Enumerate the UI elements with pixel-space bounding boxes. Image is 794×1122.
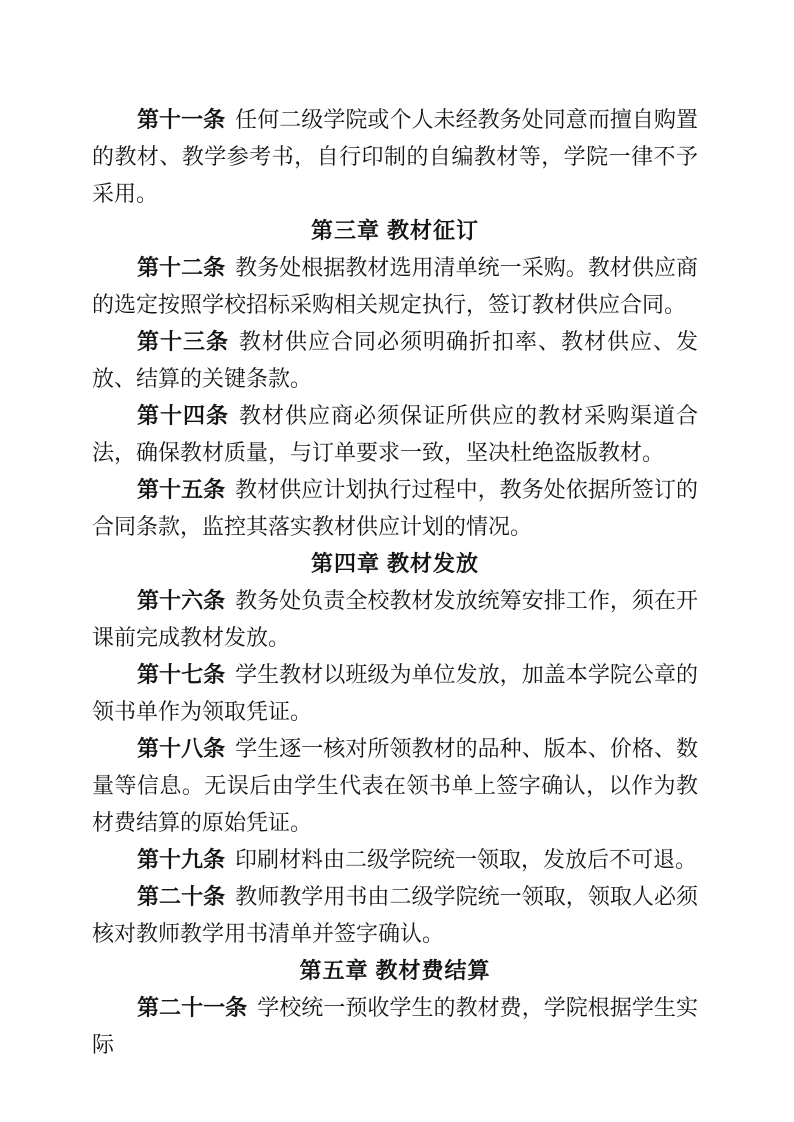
article-term: 第十一条 [137, 107, 225, 132]
chapter-heading: 第五章 教材费结算 [92, 952, 698, 989]
article-term: 第十八条 [137, 736, 225, 761]
article-paragraph: 第十八条学生逐一核对所领教材的品种、版本、价格、数量等信息。无误后由学生代表在领… [92, 730, 698, 841]
article-term: 第二十一条 [137, 995, 247, 1020]
article-paragraph: 第十二条教务处根据教材选用清单统一采购。教材供应商的选定按照学校招标采购相关规定… [92, 249, 698, 323]
article-paragraph: 第二十一条学校统一预收学生的教材费，学院根据学生实际 [92, 989, 698, 1063]
article-term: 第十五条 [137, 477, 225, 502]
chapter-heading: 第四章 教材发放 [92, 545, 698, 582]
document-page: 第十一条任何二级学院或个人未经教务处同意而擅自购置的教材、教学参考书，自行印制的… [0, 0, 794, 1122]
article-term: 第十二条 [137, 255, 225, 280]
article-paragraph: 第十七条学生教材以班级为单位发放，加盖本学院公章的领书单作为领取凭证。 [92, 656, 698, 730]
article-term: 第二十条 [137, 884, 225, 909]
article-paragraph: 第十九条印刷材料由二级学院统一领取，发放后不可退。 [92, 841, 698, 878]
article-term: 第十七条 [137, 662, 225, 687]
article-term: 第十九条 [137, 847, 225, 872]
chapter-heading: 第三章 教材征订 [92, 212, 698, 249]
article-term: 第十四条 [137, 403, 229, 428]
article-paragraph: 第十四条教材供应商必须保证所供应的教材采购渠道合法，确保教材质量，与订单要求一致… [92, 397, 698, 471]
article-paragraph: 第十一条任何二级学院或个人未经教务处同意而擅自购置的教材、教学参考书，自行印制的… [92, 101, 698, 212]
article-paragraph: 第十三条教材供应合同必须明确折扣率、教材供应、发放、结算的关键条款。 [92, 323, 698, 397]
article-term: 第十六条 [137, 588, 225, 613]
article-text: 印刷材料由二级学院统一领取，发放后不可退。 [235, 847, 697, 872]
article-paragraph: 第二十条教师教学用书由二级学院统一领取，领取人必须核对教师教学用书清单并签字确认… [92, 878, 698, 952]
article-term: 第十三条 [137, 329, 229, 354]
article-paragraph: 第十五条教材供应计划执行过程中，教务处依据所签订的合同条款，监控其落实教材供应计… [92, 471, 698, 545]
article-paragraph: 第十六条教务处负责全校教材发放统筹安排工作，须在开课前完成教材发放。 [92, 582, 698, 656]
